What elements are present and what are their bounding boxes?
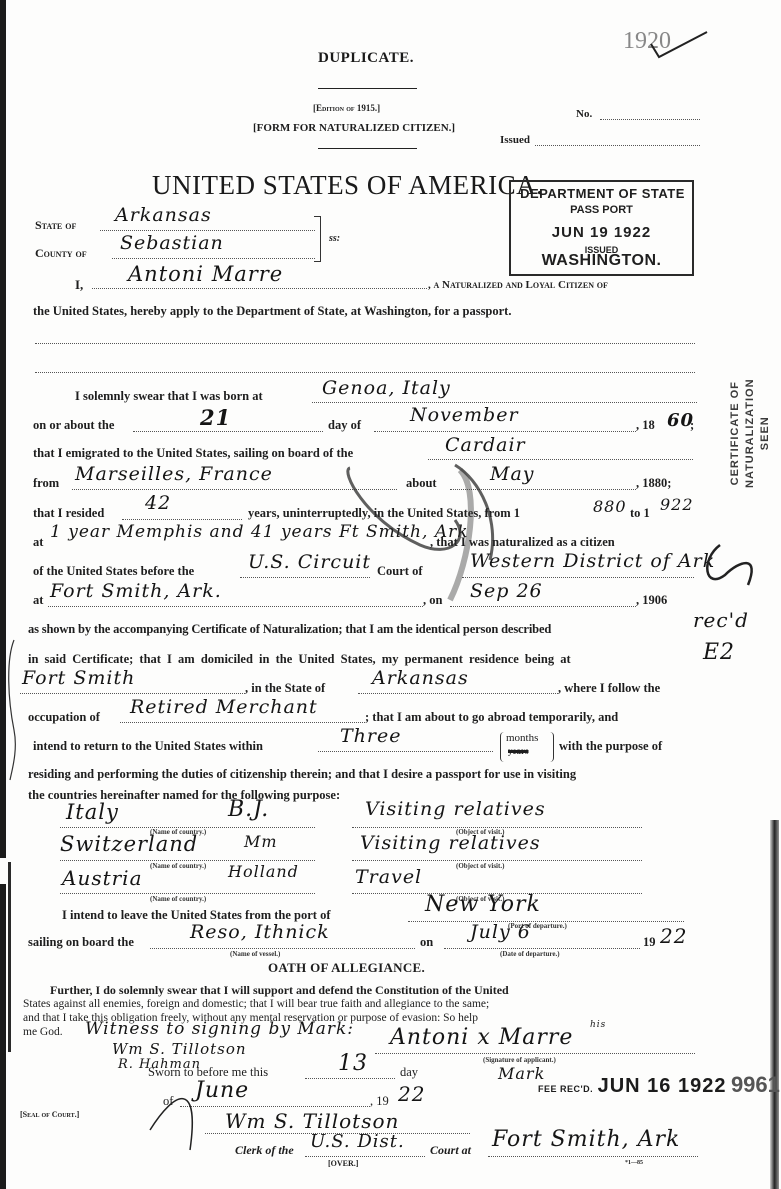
state-field-line [100, 230, 315, 231]
document-title: UNITED STATES OF AMERICA. [152, 170, 543, 201]
emigration-vessel: Cardair [445, 434, 526, 456]
travel-country: Switzerland [60, 832, 198, 856]
birth-month: November [410, 404, 519, 426]
from-label: from [33, 476, 59, 491]
object-caption: (Object of visit.) [456, 862, 504, 870]
fee-label: FEE REC'D. [538, 1084, 593, 1094]
birth-place-line [312, 402, 697, 403]
signature-caption: (Signature of applicant.) [483, 1056, 556, 1064]
born-text: I solemnly swear that I was born at [75, 389, 263, 404]
margin-note-e2: E2 [703, 640, 735, 665]
occupation-line [120, 722, 365, 723]
departure-port: New York [425, 892, 541, 917]
fee-number: 9961 [731, 1072, 780, 1097]
form-code: *1—85 [625, 1160, 643, 1166]
stamp-date: JUN 19 1922 [511, 224, 692, 241]
passport-application-page: DUPLICATE. 1920 [Edition of 1915.] [FORM… [0, 0, 781, 1189]
travel-object-line [352, 860, 642, 861]
about-month: May [490, 463, 535, 485]
oath-title: OATH OF ALLEGIANCE. [268, 960, 425, 976]
court-at-label: Court at [430, 1143, 471, 1158]
applicant-signature: Antoni x Marre [390, 1025, 573, 1050]
county-field-line [112, 258, 315, 259]
sworn-month-line [180, 1106, 370, 1107]
birth-day-line [133, 431, 323, 432]
applicant-name-line [92, 288, 427, 289]
unit-months: months [506, 732, 538, 744]
margin-note-received: rec'd [693, 608, 749, 632]
no-field-line [600, 119, 700, 120]
name-caption: (Name of country.) [150, 895, 206, 903]
edition-label: [Edition of 1915.] [313, 103, 380, 113]
departure-date: July 6 [470, 921, 531, 943]
seal-of-court-label: [Seal of Court.] [20, 1110, 79, 1119]
day-of-label: day of [328, 418, 361, 433]
departure-vessel: Reso, Ithnick [190, 921, 330, 943]
naturalization-date: Sep 26 [470, 580, 543, 602]
occupation-label: occupation of [28, 710, 100, 725]
travel-object: Travel [355, 866, 422, 888]
birth-month-line [374, 431, 636, 432]
birth-place: Genoa, Italy [322, 377, 451, 399]
fee-received-stamp: FEE REC'D. JUN 16 1922 9961 [538, 1072, 780, 1098]
travel-annotation: B.J. [228, 797, 269, 822]
naturalization-year: , 1906 [636, 593, 667, 608]
venue-bracket [314, 216, 321, 262]
travel-country: Austria [62, 866, 143, 890]
blank-line-2 [35, 372, 695, 373]
emigration-vessel-line [428, 459, 693, 460]
residence-city-line [20, 693, 245, 694]
state-value: Arkansas [115, 204, 212, 226]
emigrated-text: that I emigrated to the United States, s… [33, 446, 353, 461]
residing-text: residing and performing the duties of ci… [28, 767, 576, 782]
sworn-day: 13 [338, 1051, 368, 1076]
residence-state-line [358, 693, 558, 694]
corner-file-number: 1920 [623, 28, 671, 55]
over-label: [OVER.] [328, 1159, 358, 1168]
abroad-text: ; that I am about to go abroad temporari… [365, 710, 618, 725]
court-name: U.S. Circuit [248, 551, 371, 573]
residence-detail: 1 year Memphis and 41 years Ft Smith, Ar… [50, 522, 469, 542]
state-of-label: , in the State of [245, 681, 325, 696]
to-label: to 1 [630, 506, 650, 521]
about-month-line [450, 489, 636, 490]
date-caption: (Date of departure.) [500, 950, 560, 958]
travel-object: Visiting relatives [360, 832, 541, 854]
residence-state: Arkansas [372, 667, 469, 689]
birth-day: 21 [200, 405, 231, 430]
clerk-signature: Wm S. Tillotson [225, 1109, 399, 1133]
stamp-passport: PASS PORT [511, 204, 692, 216]
resided-to-year: 922 [660, 495, 694, 514]
departure-on-label: on [420, 935, 433, 950]
on-about-label: on or about the [33, 418, 114, 433]
before-text: of the United States before the [33, 564, 194, 579]
travel-object: Visiting relatives [365, 798, 546, 820]
cert-stamp-line2: NATURALIZATION SEEN [743, 378, 773, 488]
travel-annotation: Holland [228, 862, 299, 881]
residence-city: Fort Smith [22, 667, 135, 689]
naturalization-date-line [450, 606, 636, 607]
at-label: at [33, 535, 43, 550]
form-type-label: [FORM FOR NATURALIZED CITIZEN.] [253, 122, 455, 134]
certificate-seen-stamp: CERTIFICATE OF NATURALIZATION SEEN [728, 378, 773, 488]
return-duration-line [318, 751, 493, 752]
county-label: County of [35, 246, 87, 261]
applicant-name: Antoni Marre [128, 262, 283, 286]
purpose-text: with the purpose of [559, 739, 662, 754]
duplicate-label: DUPLICATE. [318, 50, 414, 67]
departure-year: 22 [660, 924, 687, 948]
follow-text: , where I follow the [558, 681, 660, 696]
oath-line-1: Further, I do solemnly swear that I will… [50, 983, 509, 998]
apply-text: the United States, hereby apply to the D… [33, 304, 511, 319]
issued-label: Issued [500, 134, 530, 146]
scan-left-inner-edge [8, 862, 11, 1052]
departure-date-line [444, 948, 640, 949]
of-label: of [163, 1094, 173, 1109]
clerk-label: Clerk of the [235, 1143, 294, 1158]
naturalization-place: Fort Smith, Ark. [50, 580, 222, 602]
from-place-line [72, 489, 397, 490]
header-rule-bottom [318, 148, 417, 149]
scan-left-edge [0, 0, 6, 1189]
checkmark-icon [649, 30, 709, 60]
blank-line-1 [35, 343, 695, 344]
clerk-court-place-line [488, 1156, 698, 1157]
resided-from-year: 880 [593, 497, 627, 516]
clerk-court-place: Fort Smith, Ark [492, 1127, 680, 1152]
name-caption: (Name of country.) [150, 862, 206, 870]
return-duration: Three [340, 725, 401, 747]
fee-date: JUN 16 1922 [598, 1075, 727, 1097]
birth-year-prefix: , 18 [636, 418, 655, 433]
from-place: Marseilles, France [75, 463, 273, 485]
travel-country-line [60, 860, 315, 861]
court-district: Western District of Ark [470, 550, 715, 572]
scan-right-edge [770, 820, 779, 1189]
stamp-department: DEPARTMENT OF STATE [517, 186, 688, 201]
vessel-caption: (Name of vessel.) [230, 950, 280, 958]
ss-label: ss: [329, 233, 340, 244]
certificate-text: as shown by the accompanying Certificate… [28, 622, 551, 637]
issued-field-line [535, 145, 700, 146]
emigration-year: , 1880; [636, 476, 671, 491]
header-rule-top [318, 88, 417, 89]
court-name-line [240, 577, 370, 578]
resided-years-line [122, 519, 242, 520]
signature-line [375, 1053, 695, 1054]
sworn-month: June [195, 1078, 249, 1103]
travel-country-line [60, 893, 315, 894]
intend-text: intend to return to the United States wi… [33, 739, 263, 754]
oath-line-4: me God. [23, 1026, 63, 1038]
clerk-court-line [305, 1156, 425, 1157]
naturalization-at-label: at [33, 593, 43, 608]
cert-stamp-line1: CERTIFICATE OF [728, 378, 743, 488]
citizen-text: , a Naturalized and Loyal Citizen of [428, 279, 608, 291]
passport-issued-stamp: DEPARTMENT OF STATE PASS PORT JUN 19 192… [509, 180, 694, 276]
no-label: No. [576, 108, 592, 120]
resided-text: years, uninterruptedly, in the United St… [248, 506, 520, 521]
naturalized-text: , that I was naturalized as a citizen [430, 535, 615, 550]
resided-label: that I resided [33, 506, 104, 521]
sworn-year-prefix: , 19 [370, 1094, 389, 1109]
clerk-court: U.S. Dist. [310, 1131, 405, 1152]
his-mark-label: his [590, 1020, 606, 1030]
oath-line-2: States against all enemies, foreign and … [23, 998, 489, 1010]
witness-name-1: Wm S. Tillotson [112, 1040, 247, 1058]
court-of-label: Court of [377, 564, 422, 579]
travel-country: Italy [66, 800, 119, 824]
sworn-year: 22 [398, 1082, 425, 1106]
departure-year-prefix: 19 [643, 935, 656, 950]
in-said-text: in said Certificate; that I am domiciled… [28, 652, 571, 667]
stamp-place: WASHINGTON. [511, 252, 692, 270]
sworn-day-line [305, 1078, 395, 1079]
scan-left-edge-gap [0, 858, 8, 884]
witness-note: Witness to signing by Mark: [85, 1019, 354, 1039]
day-label: day [400, 1065, 418, 1080]
i-label: I, [75, 277, 83, 293]
unit-years-struck: years [508, 746, 529, 756]
resided-years: 42 [145, 492, 171, 514]
sailing-text: sailing on board the [28, 935, 134, 950]
travel-annotation: Mm [244, 832, 278, 851]
naturalization-place-line [48, 606, 423, 607]
county-value: Sebastian [120, 232, 224, 254]
occupation-value: Retired Merchant [130, 696, 318, 718]
naturalization-on-label: , on [423, 593, 442, 608]
about-label: about [406, 476, 437, 491]
court-district-line [462, 577, 694, 578]
state-label: State of [35, 218, 76, 233]
birth-semicolon: ; [690, 418, 694, 433]
departure-vessel-line [150, 948, 415, 949]
